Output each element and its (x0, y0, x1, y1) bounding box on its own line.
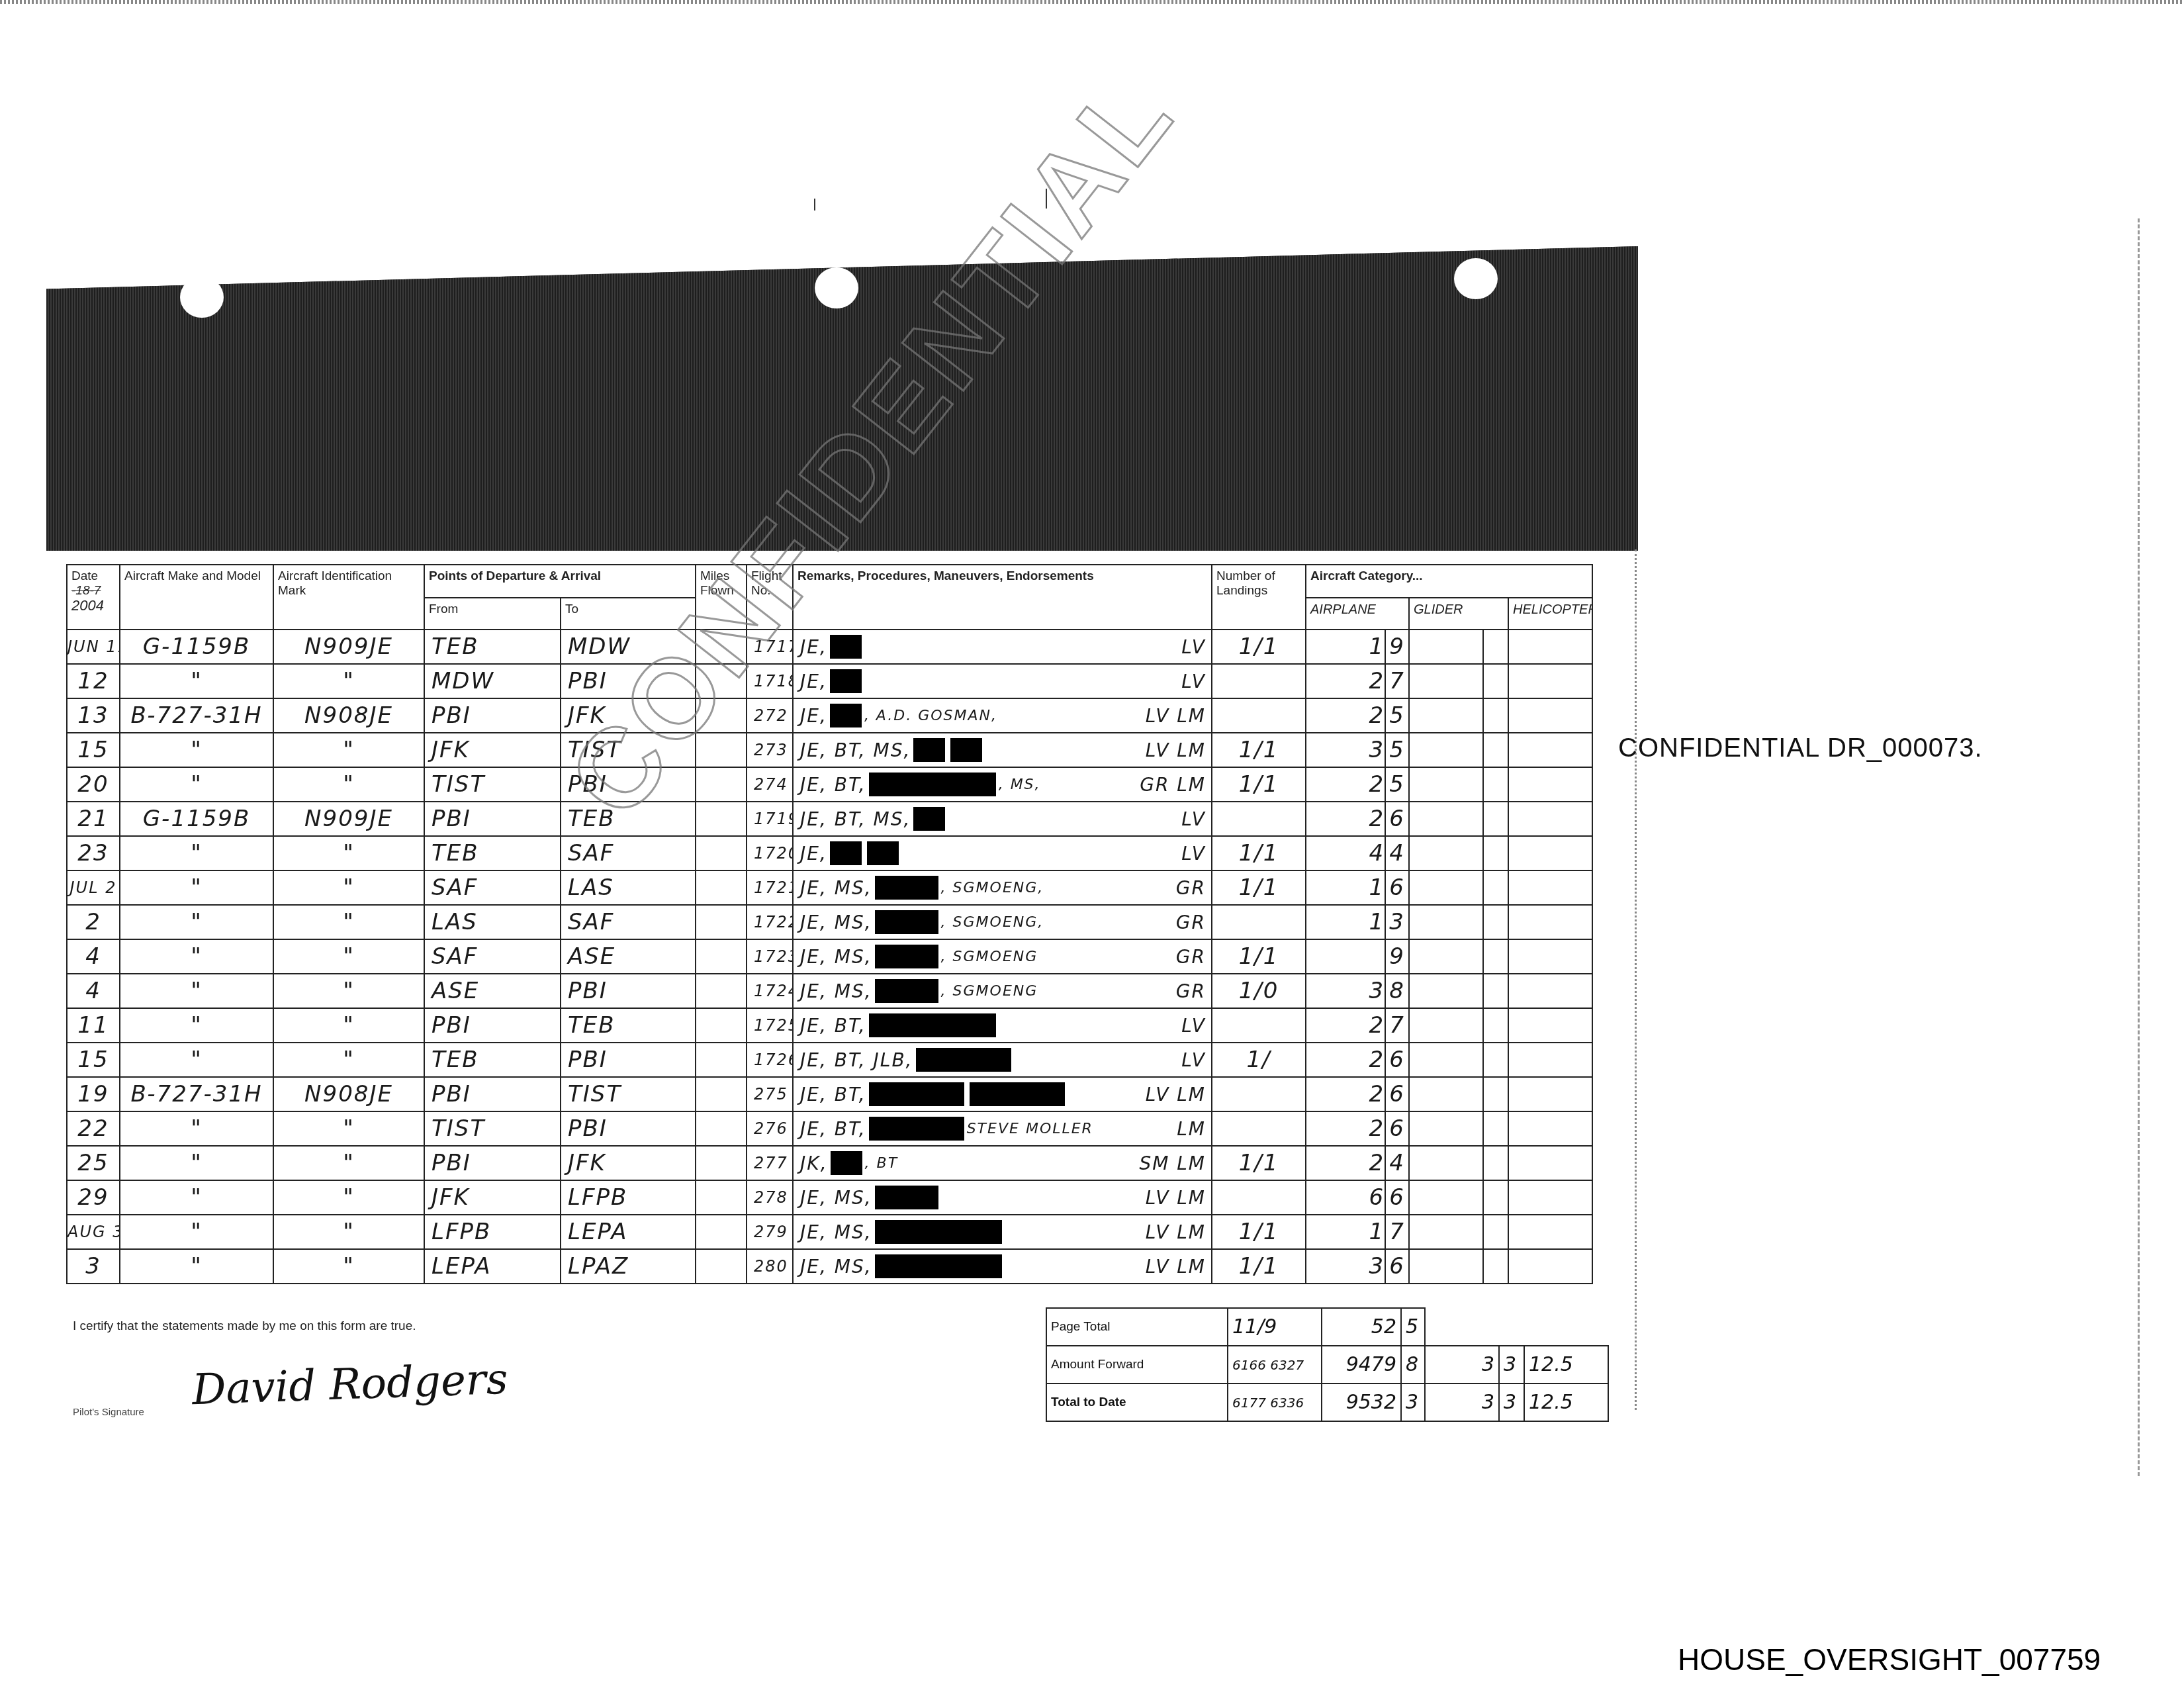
pilot-signature: David Rodgers (191, 1355, 509, 1415)
log-row: 22""TISTPBI276JE, BT,STEVE MOLLERLM26 (67, 1111, 1592, 1146)
cell-aircraft-make: " (120, 1043, 273, 1077)
cell-glider-hours (1409, 1008, 1483, 1043)
punch-hole (180, 277, 224, 318)
crew-code: SM LM (1139, 1152, 1206, 1174)
cell-landings: 1/1 (1212, 1215, 1306, 1249)
cell-airplane-tenths: 9 (1385, 939, 1409, 974)
cell-aircraft-id: " (273, 1180, 424, 1215)
cell-aircraft-make: G-1159B (120, 630, 273, 664)
cell-airplane-tenths: 5 (1385, 767, 1409, 802)
cell-airplane-hours: 3 (1306, 733, 1385, 767)
remarks-text: JE, MS, (800, 980, 872, 1002)
cell-airplane-hours: 1 (1306, 630, 1385, 664)
cell-from: PBI (424, 1008, 561, 1043)
cell-to: TIST (561, 1077, 696, 1111)
cell-landings: 1/1 (1212, 1146, 1306, 1180)
cell-helicopter (1508, 1043, 1592, 1077)
cell-helicopter (1508, 1077, 1592, 1111)
crew-code: LV (1181, 1049, 1206, 1071)
cell-aircraft-make: B-727-31H (120, 698, 273, 733)
cell-flight-no: 1724 (747, 974, 793, 1008)
cell-date: JUN 11 (67, 630, 120, 664)
cell-aircraft-make: " (120, 1215, 273, 1249)
cell-landings: 1/1 (1212, 767, 1306, 802)
cell-from: ASE (424, 974, 561, 1008)
cell-remarks: JE, BT, JLB,LV (793, 1043, 1212, 1077)
cell-helicopter (1508, 1180, 1592, 1215)
cell-date: 15 (67, 1043, 120, 1077)
crew-code: LV (1181, 671, 1206, 692)
cell-landings: 1/1 (1212, 870, 1306, 905)
cell-date: 20 (67, 767, 120, 802)
cell-from: JFK (424, 1180, 561, 1215)
cell-glider-hours (1409, 767, 1483, 802)
cell-glider-tenths (1483, 664, 1508, 698)
cell-landings (1212, 1077, 1306, 1111)
log-row: 15""JFKTIST273JE, BT, MS,LV LM1/135 (67, 733, 1592, 767)
log-row: 12""MDWPBI1718JE,LV27 (67, 664, 1592, 698)
cell-aircraft-make: " (120, 1008, 273, 1043)
cell-miles (696, 905, 747, 939)
cell-glider-hours (1409, 664, 1483, 698)
crew-code: LV LM (1146, 739, 1206, 761)
remarks-text: JE, (800, 843, 827, 865)
cell-airplane-tenths: 7 (1385, 1008, 1409, 1043)
redaction-bar (830, 635, 862, 659)
cell-helicopter (1508, 733, 1592, 767)
cell-from: LEPA (424, 1249, 561, 1284)
cell-from: TEB (424, 836, 561, 870)
pilot-logbook-page: Date -18-7 2004 Aircraft Make and Model … (66, 564, 1592, 1284)
cell-glider-hours (1409, 733, 1483, 767)
cell-glider-hours (1409, 974, 1483, 1008)
cell-glider-hours (1409, 870, 1483, 905)
cell-glider-tenths (1483, 1077, 1508, 1111)
cell-to: LEPA (561, 1215, 696, 1249)
cell-to: JFK (561, 1146, 696, 1180)
cell-date: 11 (67, 1008, 120, 1043)
empty-cell (1425, 1308, 1499, 1346)
redaction-bar (875, 910, 938, 934)
cell-to: SAF (561, 836, 696, 870)
total-to-date-hours: 9532 (1322, 1383, 1401, 1421)
cell-from: TEB (424, 630, 561, 664)
crew-code: GR (1176, 980, 1206, 1002)
cell-remarks: JE, BT,STEVE MOLLERLM (793, 1111, 1212, 1146)
cell-date: 22 (67, 1111, 120, 1146)
cell-date: 21 (67, 802, 120, 836)
cell-remarks: JE, MS,, SGMOENG,GR (793, 905, 1212, 939)
redaction-bar (875, 1220, 1002, 1244)
scan-mark (814, 199, 815, 211)
crew-code: LM (1177, 1118, 1206, 1140)
cell-aircraft-id: " (273, 974, 424, 1008)
amount-forward-label: Amount Forward (1046, 1346, 1228, 1383)
amount-forward-glider-hours: 3 (1425, 1346, 1499, 1383)
cell-remarks: JE, BT,LV (793, 1008, 1212, 1043)
log-row: 20""TISTPBI274JE, BT,, MS,GR LM1/125 (67, 767, 1592, 802)
cell-aircraft-id: " (273, 1043, 424, 1077)
remarks-text: JE, (800, 705, 827, 727)
cell-from: LAS (424, 905, 561, 939)
redaction-bar (875, 1186, 938, 1209)
remarks-text: JE, MS, (800, 912, 872, 933)
redaction-bar (875, 876, 938, 900)
cell-helicopter (1508, 1215, 1592, 1249)
cell-from: TIST (424, 1111, 561, 1146)
cell-date: 4 (67, 939, 120, 974)
cell-airplane-hours: 2 (1306, 698, 1385, 733)
cell-glider-tenths (1483, 733, 1508, 767)
remarks-text: JK, (800, 1152, 828, 1174)
cell-aircraft-id: " (273, 939, 424, 974)
cell-airplane-hours (1306, 939, 1385, 974)
log-row: JUN 11G-1159BN909JETEBMDW1717JE,LV1/119 (67, 630, 1592, 664)
cell-glider-tenths (1483, 870, 1508, 905)
cell-helicopter (1508, 836, 1592, 870)
cell-miles (696, 1077, 747, 1111)
total-to-date-helicopter: 12.5 (1524, 1383, 1608, 1421)
totals-block: Page Total 11/9 52 5 Amount Forward 6166… (1046, 1307, 1609, 1422)
crew-code: LV (1181, 636, 1206, 658)
cell-aircraft-id: " (273, 767, 424, 802)
cell-miles (696, 802, 747, 836)
page-total-label: Page Total (1046, 1308, 1228, 1346)
cell-from: TIST (424, 767, 561, 802)
total-to-date-tenths: 3 (1401, 1383, 1425, 1421)
cell-aircraft-id: N909JE (273, 802, 424, 836)
remarks-text: JE, (800, 636, 827, 658)
cell-airplane-tenths: 4 (1385, 836, 1409, 870)
page-total-hours: 52 (1322, 1308, 1401, 1346)
crew-code: GR (1176, 912, 1206, 933)
cell-glider-tenths (1483, 836, 1508, 870)
cell-landings: 1/ (1212, 1043, 1306, 1077)
redaction-bar (913, 738, 945, 762)
cell-landings (1212, 802, 1306, 836)
cell-helicopter (1508, 1249, 1592, 1284)
cell-airplane-hours: 2 (1306, 1077, 1385, 1111)
page-total-landings: 11/9 (1228, 1308, 1322, 1346)
redaction-bar (950, 738, 982, 762)
cell-glider-hours (1409, 1111, 1483, 1146)
cell-airplane-hours: 2 (1306, 664, 1385, 698)
cell-flight-no: 1721 (747, 870, 793, 905)
log-row: 3""LEPALPAZ280JE, MS,LV LM1/136 (67, 1249, 1592, 1284)
cell-aircraft-make: B-727-31H (120, 1077, 273, 1111)
cell-landings (1212, 664, 1306, 698)
cell-aircraft-make: " (120, 1111, 273, 1146)
cell-from: SAF (424, 939, 561, 974)
log-row: 15""TEBPBI1726JE, BT, JLB,LV1/26 (67, 1043, 1592, 1077)
cell-airplane-hours: 3 (1306, 1249, 1385, 1284)
log-row: 29""JFKLFPB278JE, MS,LV LM66 (67, 1180, 1592, 1215)
cell-to: ASE (561, 939, 696, 974)
cell-date: 3 (67, 1249, 120, 1284)
cell-airplane-hours: 2 (1306, 1111, 1385, 1146)
cell-aircraft-make: " (120, 1180, 273, 1215)
remarks-text: JE, MS, (800, 1256, 872, 1278)
cell-helicopter (1508, 1111, 1592, 1146)
remarks-text: JE, BT, MS, (800, 739, 911, 761)
cell-glider-hours (1409, 698, 1483, 733)
crew-code: GR (1176, 877, 1206, 899)
amount-forward-glider-tenths: 3 (1499, 1346, 1524, 1383)
col-cat-glider: GLIDER (1409, 598, 1508, 630)
log-row: AUG 3""LFPBLEPA279JE, MS,LV LM1/117 (67, 1215, 1592, 1249)
cell-landings: 1/1 (1212, 630, 1306, 664)
redaction-bar (869, 773, 996, 796)
empty-cell (1499, 1308, 1524, 1346)
log-row: JUL 2""SAFLAS1721JE, MS,, SGMOENG,GR1/11… (67, 870, 1592, 905)
cell-remarks: JE, MS,LV LM (793, 1249, 1212, 1284)
amount-forward-hours: 9479 (1322, 1346, 1401, 1383)
cell-airplane-hours: 3 (1306, 974, 1385, 1008)
cell-remarks: JE, BT,LV LM (793, 1077, 1212, 1111)
cell-glider-hours (1409, 836, 1483, 870)
cell-landings (1212, 698, 1306, 733)
cell-remarks: JE, MS,LV LM (793, 1180, 1212, 1215)
cell-aircraft-id: " (273, 1215, 424, 1249)
cell-from: JFK (424, 733, 561, 767)
remarks-text-after: , MS, (999, 776, 1041, 793)
remarks-text: JE, BT, (800, 1015, 866, 1037)
page-total-tenths: 5 (1401, 1308, 1425, 1346)
cell-glider-tenths (1483, 698, 1508, 733)
cell-airplane-hours: 1 (1306, 905, 1385, 939)
cell-glider-tenths (1483, 1043, 1508, 1077)
cell-remarks: JE, BT, MS,LV (793, 802, 1212, 836)
crew-code: LV LM (1146, 1256, 1206, 1278)
cell-landings: 1/1 (1212, 733, 1306, 767)
cell-airplane-tenths: 6 (1385, 1077, 1409, 1111)
cell-helicopter (1508, 905, 1592, 939)
cell-flight-no: 277 (747, 1146, 793, 1180)
cell-aircraft-make: " (120, 836, 273, 870)
crew-code: LV LM (1146, 1187, 1206, 1209)
cell-date: 12 (67, 664, 120, 698)
cell-airplane-hours: 2 (1306, 1043, 1385, 1077)
crew-code: GR LM (1140, 774, 1206, 796)
cell-miles (696, 1180, 747, 1215)
cell-airplane-hours: 2 (1306, 802, 1385, 836)
cell-helicopter (1508, 974, 1592, 1008)
cell-from: PBI (424, 1077, 561, 1111)
log-rows: JUN 11G-1159BN909JETEBMDW1717JE,LV1/1191… (67, 630, 1592, 1284)
cell-aircraft-id: " (273, 836, 424, 870)
cell-miles (696, 870, 747, 905)
cell-remarks: JE,, A.D. GOSMAN,LV LM (793, 698, 1212, 733)
cell-remarks: JE, BT,, MS,GR LM (793, 767, 1212, 802)
cell-aircraft-id: " (273, 733, 424, 767)
cell-remarks: JE, MS,, SGMOENGGR (793, 974, 1212, 1008)
cell-airplane-tenths: 6 (1385, 870, 1409, 905)
cell-airplane-hours: 2 (1306, 1008, 1385, 1043)
cell-aircraft-id: " (273, 664, 424, 698)
cell-flight-no: 1722 (747, 905, 793, 939)
cell-glider-hours (1409, 905, 1483, 939)
cell-miles (696, 1043, 747, 1077)
cell-airplane-tenths: 8 (1385, 974, 1409, 1008)
col-date: Date -18-7 2004 (67, 565, 120, 630)
redaction-bar (875, 979, 938, 1003)
cell-aircraft-make: " (120, 767, 273, 802)
remarks-text: JE, MS, (800, 1187, 872, 1209)
remarks-text-after: , SGMOENG, (941, 914, 1044, 931)
scan-edge-noise (1635, 549, 1657, 1410)
cell-airplane-tenths: 5 (1385, 698, 1409, 733)
remarks-text-after: , SGMOENG (941, 983, 1038, 1000)
cell-aircraft-make: " (120, 974, 273, 1008)
cell-miles (696, 1111, 747, 1146)
cell-airplane-tenths: 3 (1385, 905, 1409, 939)
cell-glider-tenths (1483, 1249, 1508, 1284)
remarks-text-after: , A.D. GOSMAN, (864, 708, 997, 724)
scan-right-edge (2138, 218, 2140, 1476)
cell-landings: 1/1 (1212, 1249, 1306, 1284)
remarks-text: JE, MS, (800, 1221, 872, 1243)
confidential-stamp: CONFIDENTIAL DR_000073. (1618, 733, 1983, 763)
cell-aircraft-id: " (273, 870, 424, 905)
totals-table: Page Total 11/9 52 5 Amount Forward 6166… (1046, 1307, 1609, 1422)
cell-remarks: JE,LV (793, 630, 1212, 664)
redaction-bar (916, 1048, 1011, 1072)
remarks-text: JE, BT, (800, 1118, 866, 1140)
cell-aircraft-make: " (120, 664, 273, 698)
scan-top-edge (0, 0, 2184, 4)
cell-airplane-hours: 1 (1306, 1215, 1385, 1249)
cell-flight-no: 274 (747, 767, 793, 802)
crew-code: GR (1176, 946, 1206, 968)
crew-code: LV (1181, 808, 1206, 830)
cell-date: 25 (67, 1146, 120, 1180)
signature-label: Pilot's Signature (73, 1407, 144, 1418)
cell-aircraft-id: " (273, 1111, 424, 1146)
total-to-date-landings: 6177 6336 (1228, 1383, 1322, 1421)
cell-date: 4 (67, 974, 120, 1008)
cell-flight-no: 278 (747, 1180, 793, 1215)
col-cat-airplane: AIRPLANE (1306, 598, 1409, 630)
cell-airplane-tenths: 6 (1385, 1249, 1409, 1284)
log-row: 11""PBITEB1725JE, BT,LV27 (67, 1008, 1592, 1043)
cell-glider-tenths (1483, 1215, 1508, 1249)
cell-flight-no: 1719 (747, 802, 793, 836)
log-row: 4""SAFASE1723JE, MS,, SGMOENGGR1/19 (67, 939, 1592, 974)
cell-remarks: JE, MS,, SGMOENGGR (793, 939, 1212, 974)
cell-to: LAS (561, 870, 696, 905)
cell-glider-hours (1409, 1043, 1483, 1077)
cell-aircraft-make: " (120, 905, 273, 939)
redaction-bar (830, 669, 862, 693)
amount-forward-landings: 6166 6327 (1228, 1346, 1322, 1383)
cell-remarks: JE,LV (793, 664, 1212, 698)
col-remarks: Remarks, Procedures, Maneuvers, Endorsem… (793, 565, 1212, 630)
punch-hole (1454, 258, 1498, 299)
cell-glider-hours (1409, 630, 1483, 664)
cell-landings: 1/0 (1212, 974, 1306, 1008)
remarks-text-after: , BT (865, 1155, 899, 1172)
remarks-text: JE, BT, JLB, (800, 1049, 913, 1071)
cell-miles (696, 974, 747, 1008)
cell-miles (696, 939, 747, 974)
col-category: Aircraft Category... (1306, 565, 1592, 598)
cell-flight-no: 272 (747, 698, 793, 733)
col-landings: Number of Landings (1212, 565, 1306, 630)
remarks-text-after: , SGMOENG, (941, 880, 1044, 896)
col-aircraft-id: Aircraft Identification Mark (273, 565, 424, 630)
cell-airplane-hours: 2 (1306, 1146, 1385, 1180)
cell-date: 13 (67, 698, 120, 733)
cell-date: AUG 3 (67, 1215, 120, 1249)
crew-code: LV LM (1146, 705, 1206, 727)
cell-from: PBI (424, 1146, 561, 1180)
cell-to: TEB (561, 1008, 696, 1043)
cell-to: PBI (561, 974, 696, 1008)
cell-airplane-tenths: 5 (1385, 733, 1409, 767)
remarks-text: JE, MS, (800, 946, 872, 968)
cell-glider-hours (1409, 1180, 1483, 1215)
cell-aircraft-make: " (120, 870, 273, 905)
log-row: 2""LASSAF1722JE, MS,, SGMOENG,GR13 (67, 905, 1592, 939)
cell-airplane-hours: 4 (1306, 836, 1385, 870)
cell-flight-no: 1723 (747, 939, 793, 974)
redaction-bar (867, 841, 899, 865)
cell-glider-tenths (1483, 939, 1508, 974)
remarks-text-after: STEVE MOLLER (967, 1121, 1093, 1137)
cell-landings (1212, 1180, 1306, 1215)
cell-from: MDW (424, 664, 561, 698)
cell-airplane-tenths: 6 (1385, 1111, 1409, 1146)
cell-aircraft-make: G-1159B (120, 802, 273, 836)
crew-code: LV LM (1146, 1084, 1206, 1105)
cell-miles (696, 1215, 747, 1249)
remarks-text: JE, BT, (800, 1084, 866, 1105)
cell-glider-tenths (1483, 630, 1508, 664)
crew-code: LV LM (1146, 1221, 1206, 1243)
redaction-bar (970, 1082, 1065, 1106)
cell-aircraft-make: " (120, 1146, 273, 1180)
cell-flight-no: 273 (747, 733, 793, 767)
certification-statement: I certify that the statements made by me… (73, 1319, 416, 1334)
punch-hole (815, 267, 858, 308)
remarks-text: JE, (800, 671, 827, 692)
cell-helicopter (1508, 1008, 1592, 1043)
redaction-bar (830, 704, 862, 727)
cell-remarks: JE, MS,LV LM (793, 1215, 1212, 1249)
log-row: 13B-727-31HN908JEPBIJFK272JE,, A.D. GOSM… (67, 698, 1592, 733)
cell-glider-tenths (1483, 1008, 1508, 1043)
cell-date: 15 (67, 733, 120, 767)
remarks-text-after: , SGMOENG (941, 949, 1038, 965)
log-row: 23""TEBSAF1720JE,LV1/144 (67, 836, 1592, 870)
log-row: 4""ASEPBI1724JE, MS,, SGMOENGGR1/038 (67, 974, 1592, 1008)
col-aircraft-make: Aircraft Make and Model (120, 565, 273, 630)
cell-to: LFPB (561, 1180, 696, 1215)
cell-flight-no: 280 (747, 1249, 793, 1284)
remarks-text: JE, BT, (800, 774, 866, 796)
total-to-date-glider-tenths: 3 (1499, 1383, 1524, 1421)
bates-number: HOUSE_OVERSIGHT_007759 (1678, 1642, 2101, 1677)
cell-airplane-hours: 2 (1306, 767, 1385, 802)
cell-aircraft-id: " (273, 1146, 424, 1180)
cell-remarks: JE,LV (793, 836, 1212, 870)
cell-miles (696, 1146, 747, 1180)
cell-glider-tenths (1483, 1146, 1508, 1180)
total-to-date-glider-hours: 3 (1425, 1383, 1499, 1421)
cell-glider-hours (1409, 1249, 1483, 1284)
cell-flight-no: 279 (747, 1215, 793, 1249)
cell-from: SAF (424, 870, 561, 905)
